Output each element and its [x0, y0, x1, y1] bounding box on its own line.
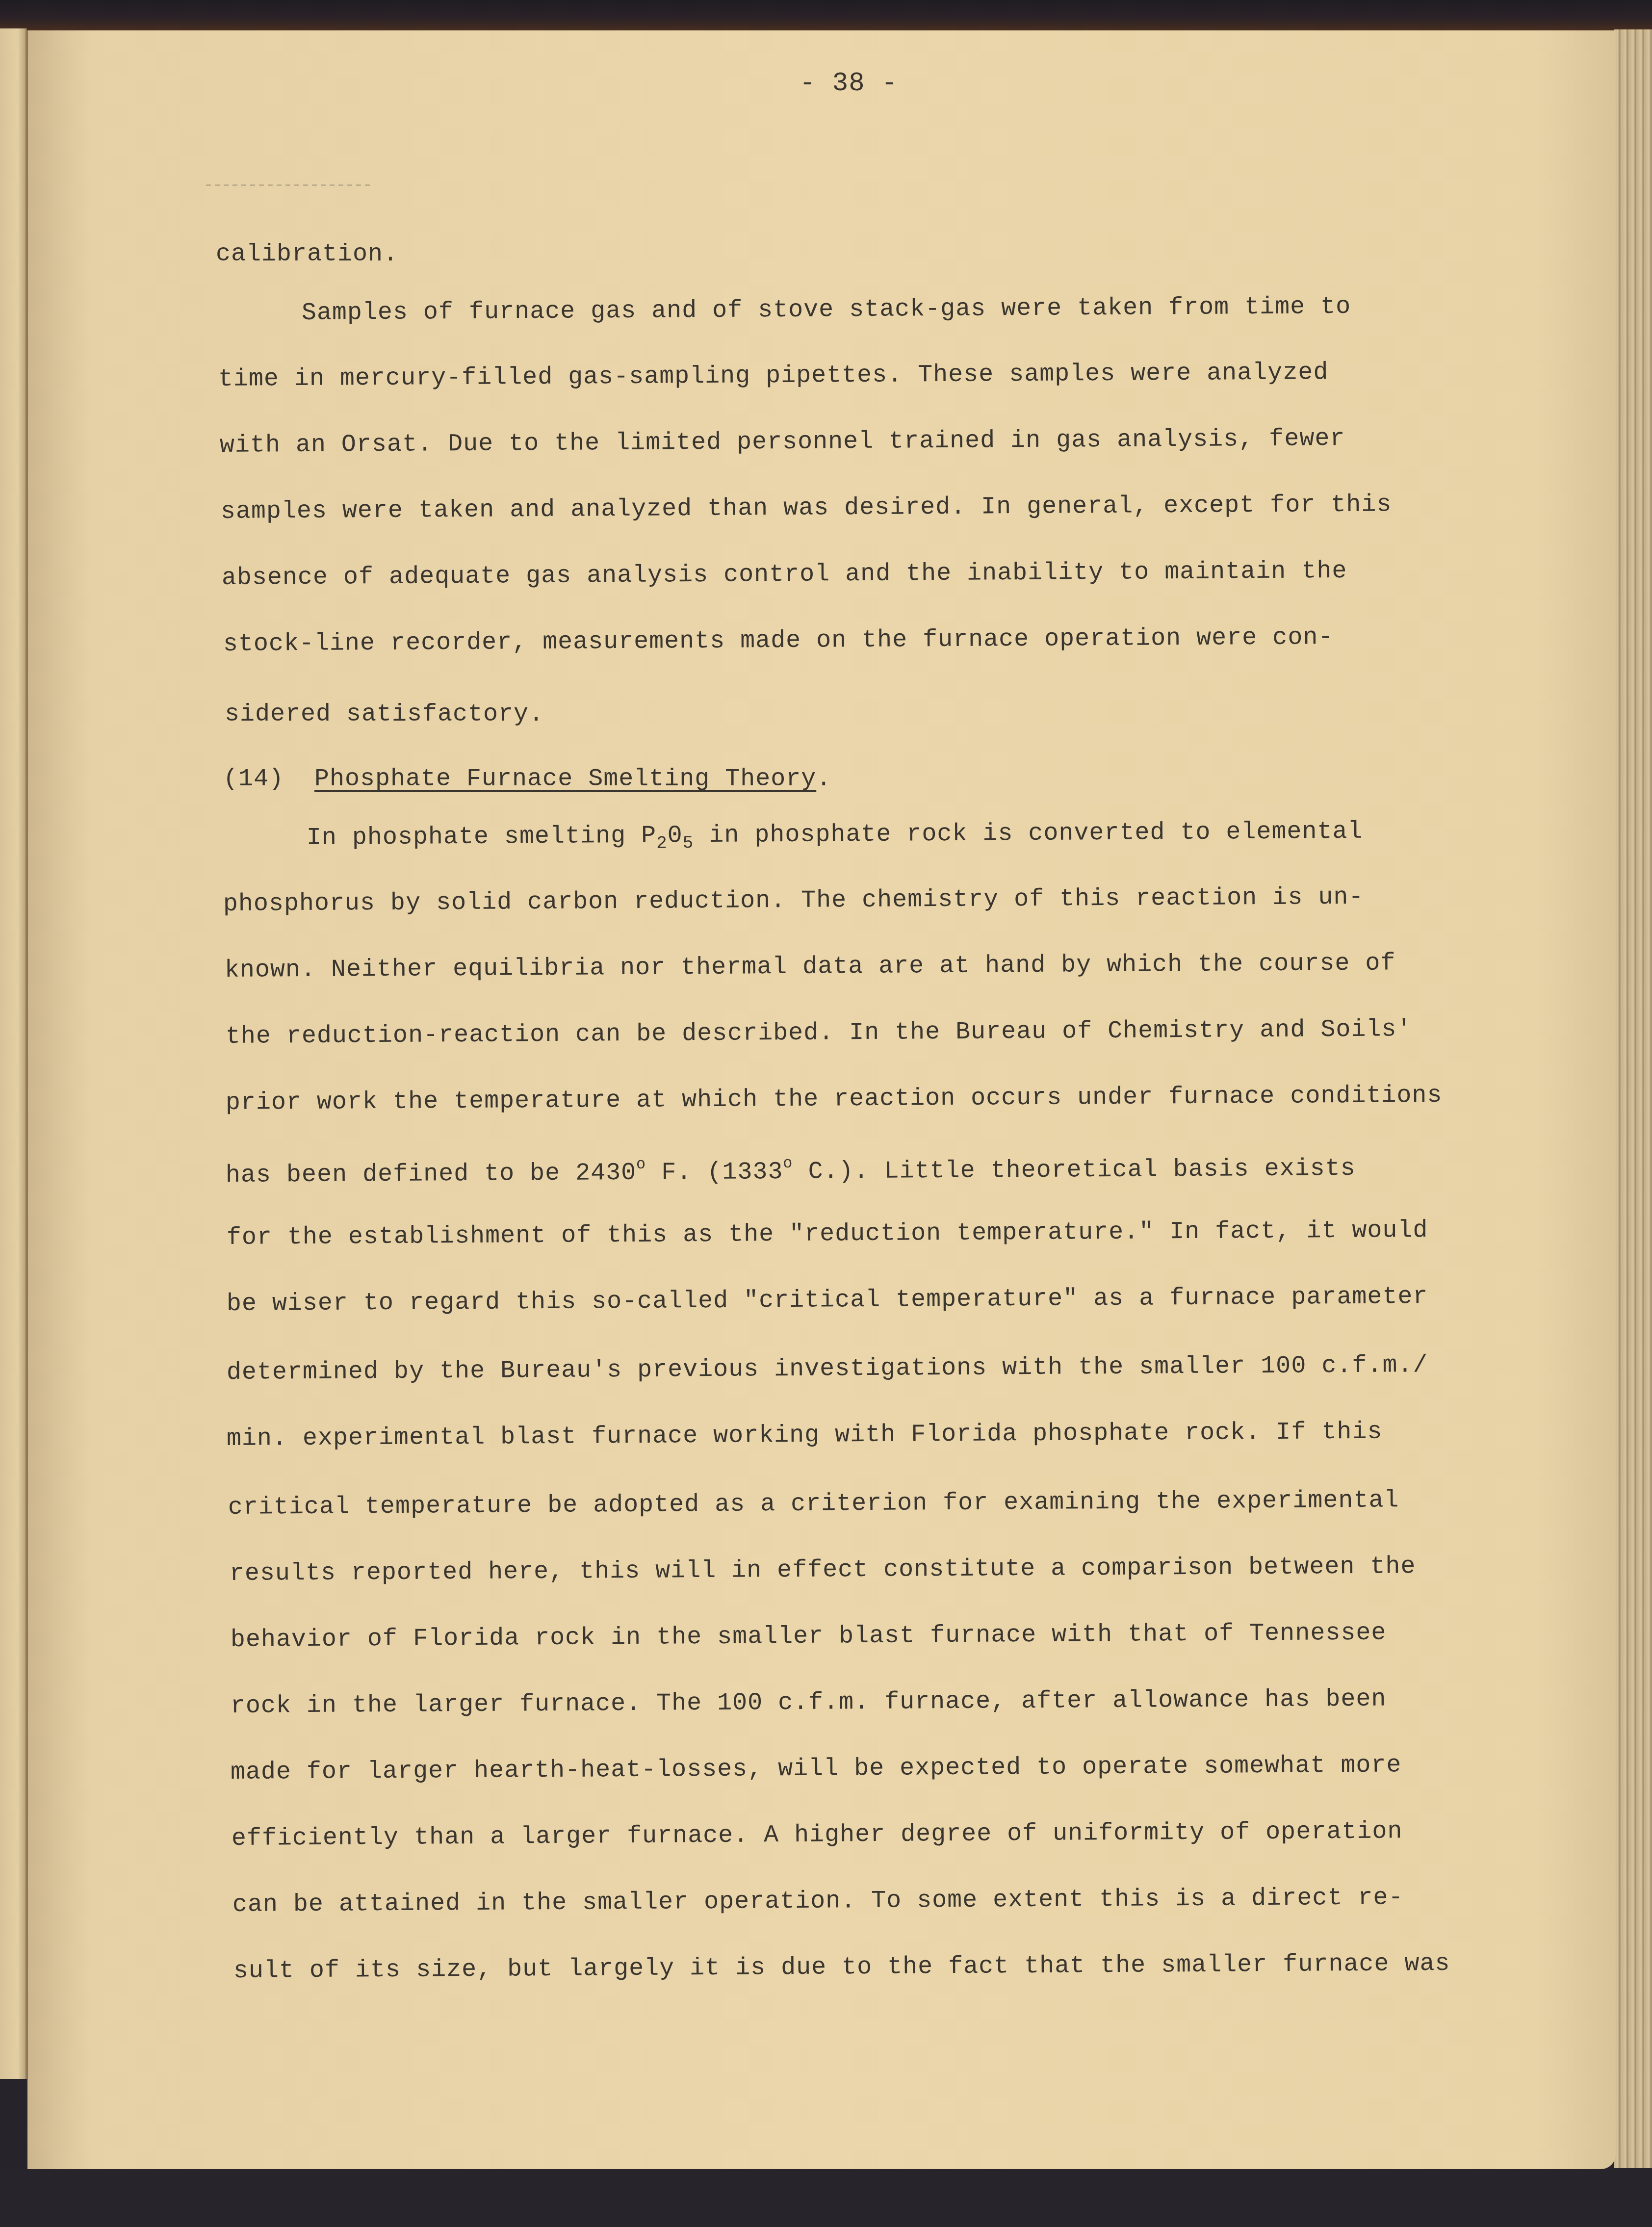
text-line-formula: In phosphate smelting P205 in phosphate …	[307, 818, 1363, 855]
book-cover-top	[0, 0, 1652, 32]
text-line: sidered satisfactory.	[225, 700, 544, 728]
section-number: (14)	[223, 765, 284, 793]
facing-page-edge	[0, 28, 27, 2079]
stray-mark	[206, 184, 373, 186]
section-heading: (14) Phosphate Furnace Smelting Theory.	[223, 765, 831, 793]
page-number: - 38 -	[800, 69, 898, 99]
page-stack-edges	[1614, 29, 1652, 2198]
section-title-period: .	[816, 765, 831, 793]
book-cover-bottom	[0, 2168, 1652, 2227]
section-title: Phosphate Furnace Smelting Theory	[314, 765, 816, 793]
text-line: calibration.	[216, 240, 398, 268]
